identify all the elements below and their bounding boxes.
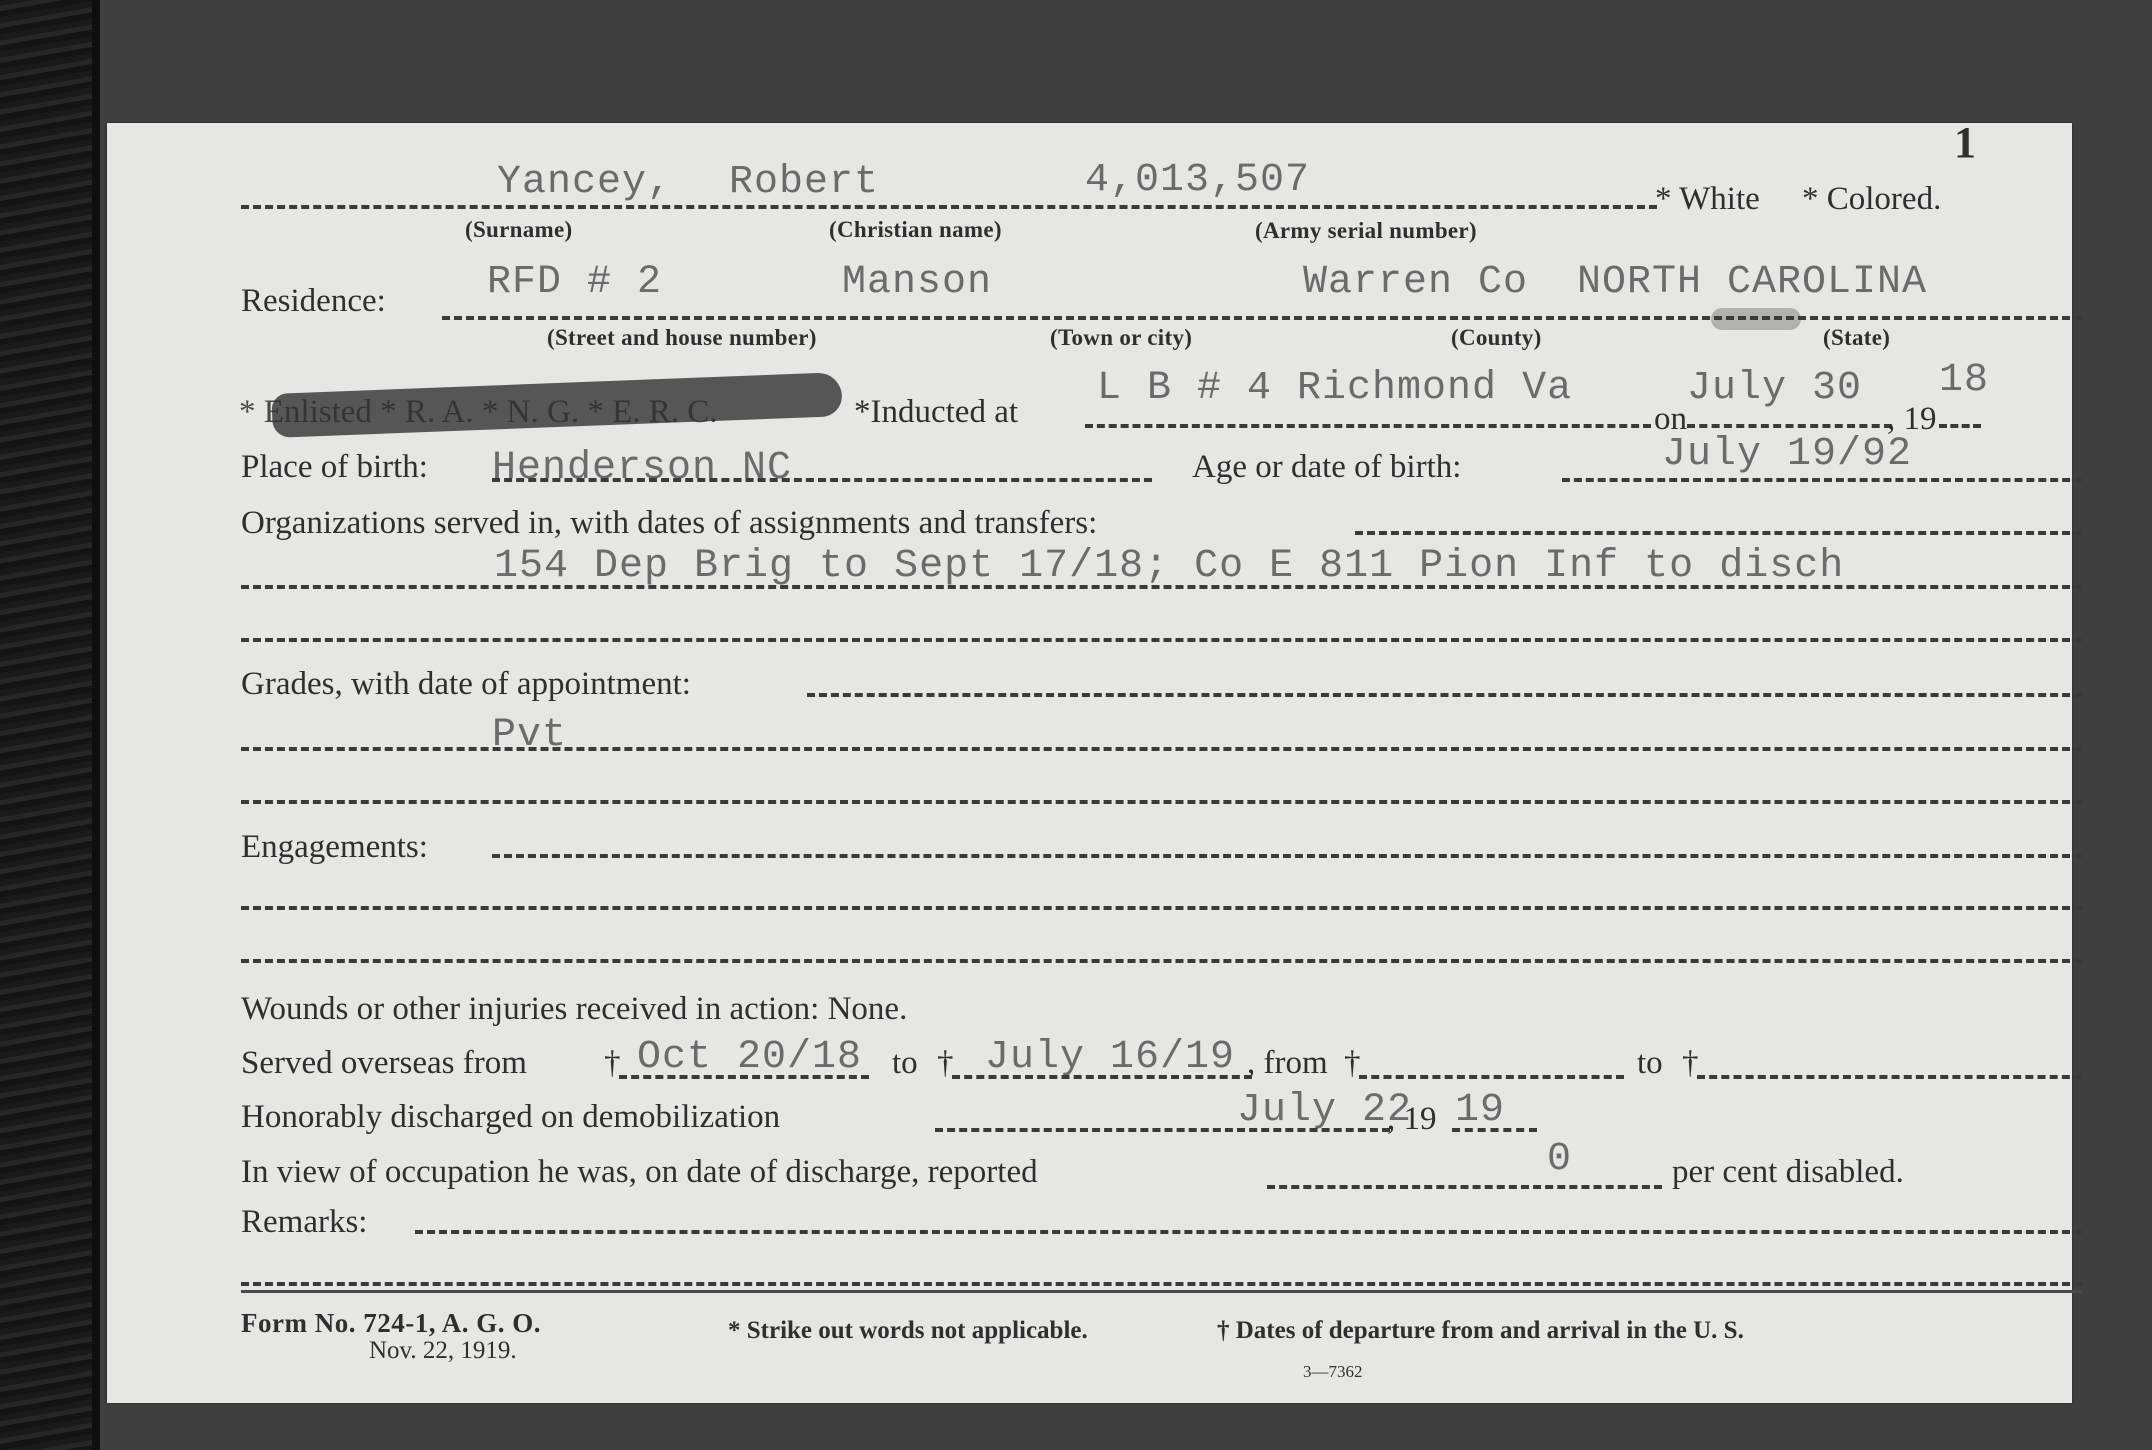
- induction-date-value: July 30: [1687, 369, 1862, 409]
- grades-line-1: [807, 693, 2082, 697]
- form-date: Nov. 22, 1919.: [369, 1338, 517, 1363]
- race-colored-option: * Colored.: [1802, 183, 1941, 216]
- surname-value: Yancey,: [497, 163, 672, 203]
- overseas-from-label-2: , from: [1247, 1047, 1328, 1080]
- overseas-arrival-value: July 16/19: [985, 1038, 1235, 1078]
- organizations-line-3: [241, 638, 2082, 642]
- induction-date-line: [1687, 424, 1892, 428]
- overseas-departure-line-2: [1359, 1075, 1624, 1079]
- organizations-label: Organizations served in, with dates of a…: [241, 507, 1097, 540]
- county-label: (County): [1451, 326, 1542, 349]
- engagements-line-1: [492, 854, 2082, 858]
- discharge-label: Honorably discharged on demobilization: [241, 1101, 780, 1134]
- service-record-card: 1 Yancey, Robert 4,013,507 * White * Col…: [107, 123, 2072, 1403]
- disability-line: [1267, 1185, 1662, 1189]
- residence-line: [442, 316, 2082, 320]
- engagements-line-2: [241, 906, 2082, 910]
- overseas-to-label: to: [892, 1047, 918, 1080]
- discharge-year-line: [1452, 1128, 1537, 1132]
- wounds-label: Wounds or other injuries received in act…: [241, 993, 907, 1026]
- page-number: 1: [1954, 121, 1976, 165]
- enlistment-type-options: * Enlisted * R. A. * N. G. * E. R. C.: [239, 396, 718, 429]
- town-label: (Town or city): [1050, 326, 1192, 349]
- inducted-at-label: *Inducted at: [854, 396, 1018, 429]
- grades-line-3: [241, 800, 2082, 804]
- organizations-line-2: [241, 585, 2082, 589]
- residence-state-value: NORTH CAROLINA: [1577, 263, 1927, 303]
- overseas-arrival-line: [952, 1075, 1252, 1079]
- grades-line-2: [241, 747, 2082, 751]
- date-of-birth-value: July 19/92: [1662, 435, 1912, 475]
- remarks-label: Remarks:: [241, 1206, 367, 1239]
- state-label: (State): [1823, 326, 1890, 349]
- dates-footnote: † Dates of departure from and arrival in…: [1217, 1318, 1744, 1343]
- overseas-departure-value: Oct 20/18: [637, 1038, 862, 1078]
- discharge-date-line: [935, 1128, 1390, 1132]
- residence-label: Residence:: [241, 285, 386, 318]
- footer-rule: [241, 1290, 2082, 1293]
- residence-street-value: RFD # 2: [487, 263, 662, 303]
- scan-binding-strip: [0, 0, 95, 1450]
- disability-percent-value: 0: [1547, 1140, 1572, 1180]
- street-label: (Street and house number): [547, 326, 817, 349]
- disability-label: In view of occupation he was, on date of…: [241, 1156, 1038, 1189]
- remarks-line-2: [241, 1282, 2082, 1286]
- date-of-birth-label: Age or date of birth:: [1192, 451, 1461, 484]
- engagements-label: Engagements:: [241, 831, 428, 864]
- induction-year-line: [1939, 424, 1981, 428]
- overseas-label: Served overseas from: [241, 1047, 527, 1080]
- organizations-value: 154 Dep Brig to Sept 17/18; Co E 811 Pio…: [494, 547, 1844, 587]
- induction-year-value: 18: [1939, 361, 1989, 401]
- disability-suffix: per cent disabled.: [1672, 1156, 1904, 1189]
- place-of-birth-value: Henderson NC: [492, 449, 792, 489]
- remarks-line-1: [415, 1230, 2082, 1234]
- discharge-year-prefix: , 19: [1387, 1103, 1437, 1136]
- place-of-birth-line: [492, 478, 1152, 482]
- discharge-year-value: 19: [1455, 1091, 1505, 1131]
- residence-town-value: Manson: [842, 263, 992, 303]
- overseas-departure-line: [619, 1075, 869, 1079]
- strike-out-note: * Strike out words not applicable.: [728, 1318, 1088, 1343]
- form-number: Form No. 724-1, A. G. O.: [241, 1310, 541, 1337]
- place-of-birth-label: Place of birth:: [241, 451, 428, 484]
- name-line: [241, 205, 1657, 209]
- engagements-line-3: [241, 959, 2082, 963]
- grades-label: Grades, with date of appointment:: [241, 668, 691, 701]
- scan-binding-edge: [92, 0, 100, 1450]
- date-of-birth-line: [1562, 478, 2082, 482]
- overseas-to-label-2: to: [1637, 1047, 1663, 1080]
- organizations-line-1: [1355, 531, 2082, 535]
- christian-name-value: Robert: [729, 163, 879, 203]
- serial-number-value: 4,013,507: [1085, 161, 1310, 201]
- residence-county-value: Warren Co: [1303, 263, 1528, 303]
- discharge-date-value: July 22: [1237, 1091, 1412, 1131]
- inducted-at-line: [1085, 424, 1651, 428]
- race-white-option: * White: [1655, 183, 1760, 216]
- inducted-at-value: L B # 4 Richmond Va: [1097, 369, 1572, 409]
- surname-label: (Surname): [465, 218, 572, 241]
- christian-name-label: (Christian name): [829, 218, 1002, 241]
- print-code: 3—7362: [1303, 1363, 1363, 1380]
- serial-number-label: (Army serial number): [1255, 219, 1477, 242]
- overseas-arrival-line-2: [1697, 1075, 2082, 1079]
